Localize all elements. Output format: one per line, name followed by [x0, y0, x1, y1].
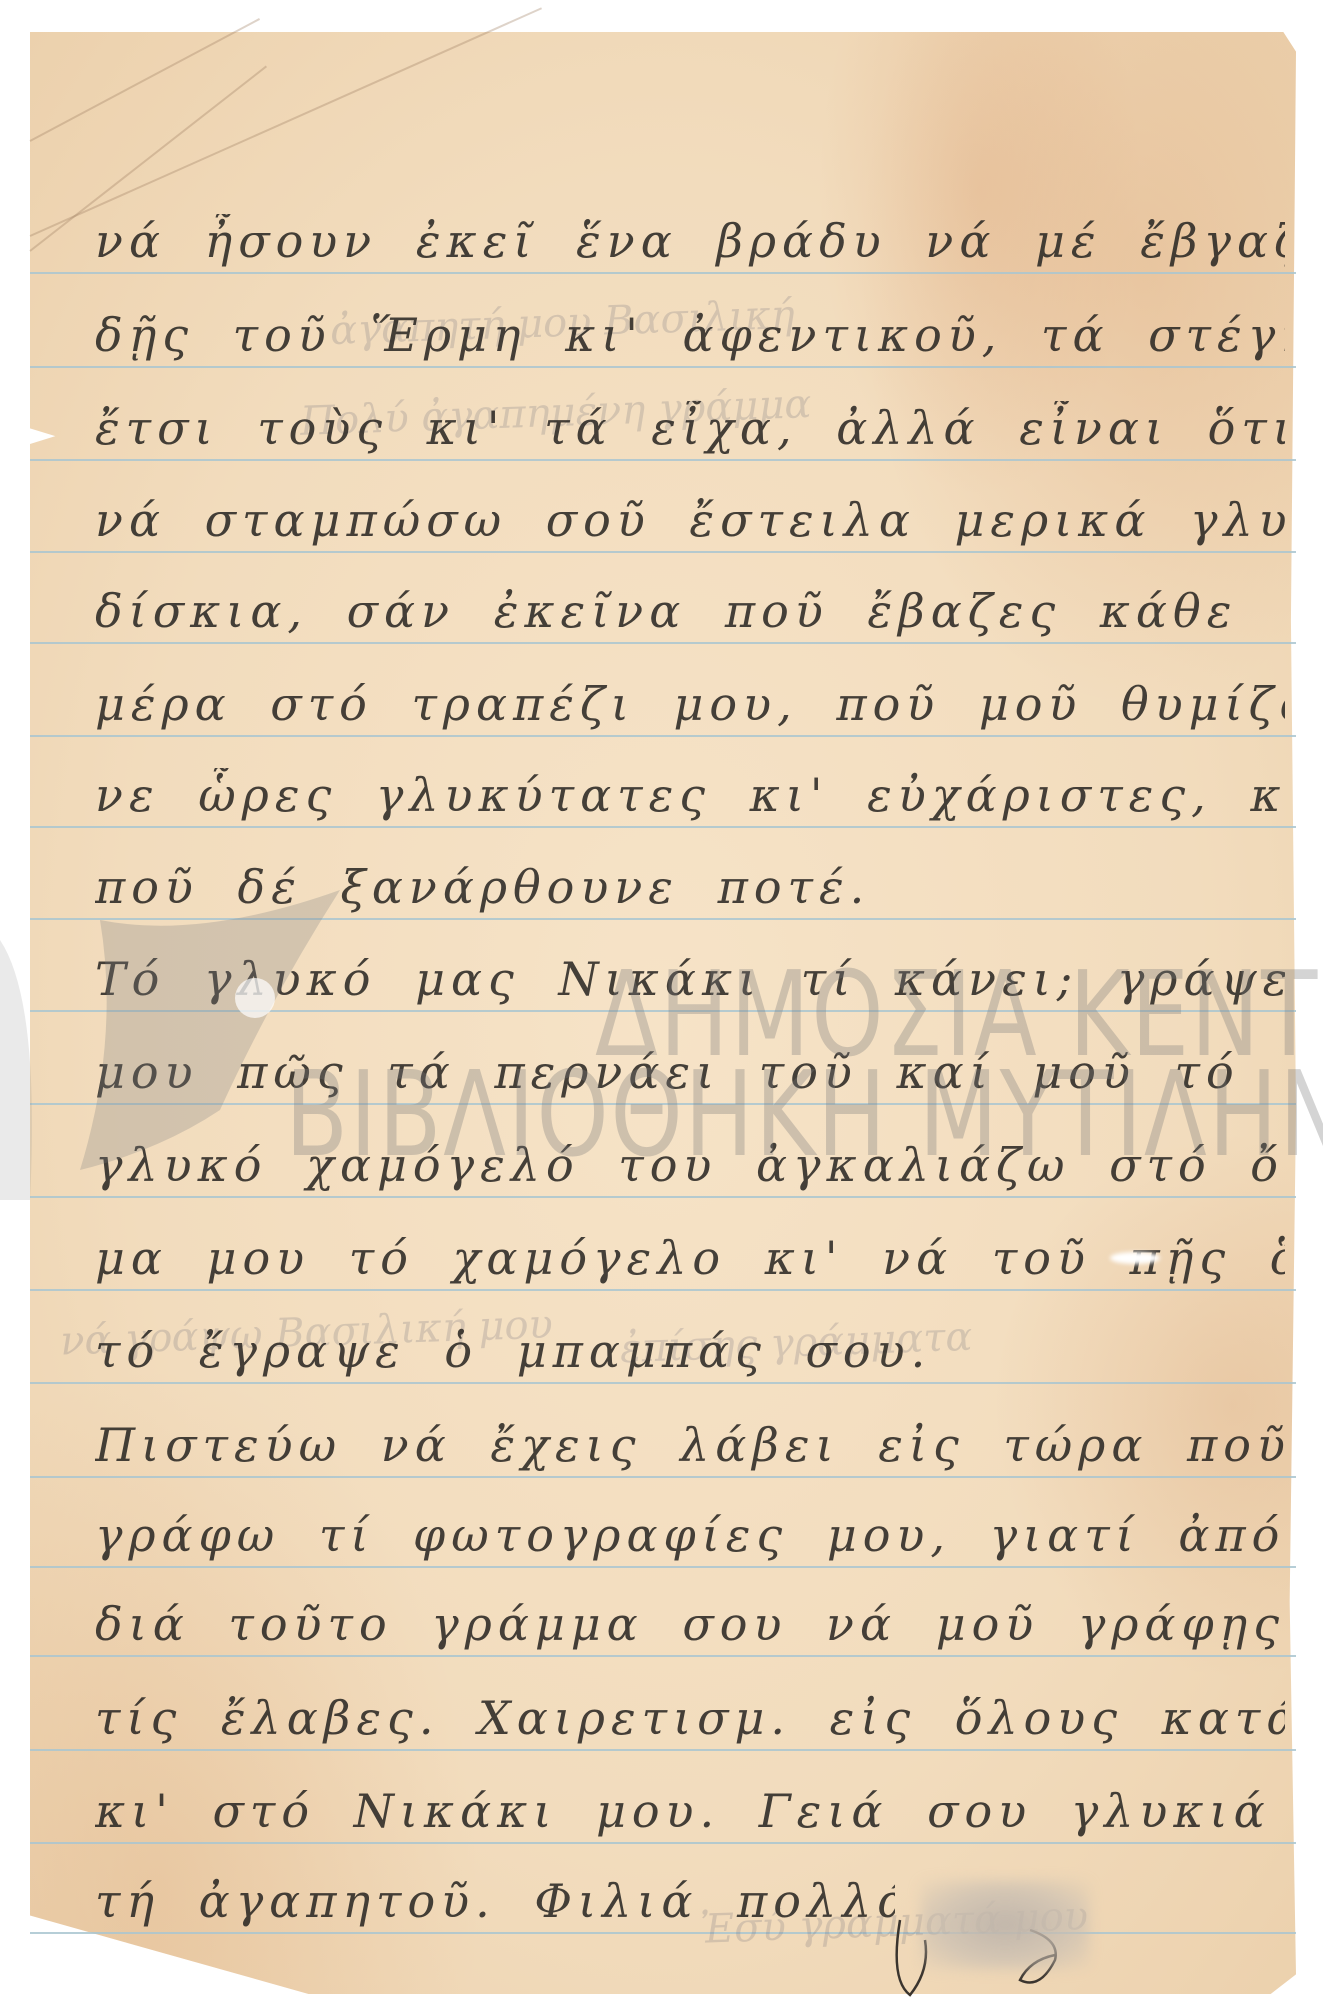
ruled-line [30, 1566, 1296, 1568]
letter-line-18: κι' στό Νικάκι μου. Γειά σου γλυκιά μου … [95, 1784, 1285, 1838]
watermark-line-2: ΒΙΒΛΙΟΘΗΚΗ ΜΥΤΙΛΗΝΗΣ [285, 1045, 1323, 1183]
ruled-line [30, 1749, 1296, 1751]
paper-hole [1110, 1252, 1160, 1264]
ruled-line [30, 1196, 1296, 1198]
ruled-line [30, 1289, 1296, 1291]
ruled-line [30, 1655, 1296, 1657]
ruled-line [30, 642, 1296, 644]
ruled-line [30, 1382, 1296, 1384]
letter-line-16: διά τοῦτο γράμμα σου νά μοῦ γράφῃς ὅτι [95, 1597, 1285, 1651]
letter-line-15: γράφω τί φωτογραφίες μου, γιατί ἀπόψε [95, 1508, 1285, 1562]
ruled-line [30, 1932, 1296, 1934]
letter-line-2: δῇς τοῦ Ἕρμη κι' ἀφεντικοῦ, τά στέγνωσα [95, 308, 1285, 362]
letter-line-12: μα μου τό χαμόγελο κι' νά τοῦ πῇς ὅτι [95, 1231, 1285, 1285]
ruled-line [30, 459, 1296, 461]
letter-line-19: τή ἀγαπητοῦ. Φιλιά πολλά, Ὁ ... [95, 1874, 895, 1928]
ruled-line [30, 735, 1296, 737]
ruled-line [30, 1842, 1296, 1844]
letter-line-13: τό ἔγραψε ὁ μπαμπάς σου. [95, 1324, 1285, 1378]
letter-line-1: νά ἦσουν ἐκεῖ ἕνα βράδυ νά μέ ἔβγαζες, ν… [95, 214, 1285, 268]
ruled-line [30, 272, 1296, 274]
letter-line-4: νά σταμπώσω σοῦ ἔστειλα μερικά γλυκο- [95, 493, 1285, 547]
ruled-line [30, 826, 1296, 828]
letter-line-7: νε ὧρες γλυκύτατες κι' εὐχάριστες, καί χ… [95, 768, 1285, 822]
ruled-line [30, 1476, 1296, 1478]
ruled-line [30, 551, 1296, 553]
ruled-line [30, 366, 1296, 368]
letter-line-14: Πιστεύω νά ἔχεις λάβει εἰς τώρα ποῦ σοῦ [95, 1418, 1285, 1472]
letter-line-17: τίς ἔλαβες. Χαιρετισμ. εἰς ὅλους κατά σε… [95, 1691, 1285, 1745]
letter-line-5: δίσκια, σάν ἐκεῖνα ποῦ ἔβαζες κάθε [95, 584, 1285, 638]
letter-line-3: ἔτσι τοὺς κι' τά εἶχα, ἀλλά εἶναι ὅτι [95, 401, 1285, 455]
library-logo-outer-icon [0, 940, 60, 1200]
letter-line-6: μέρα στό τραπέζι μου, ποῦ μοῦ θυμίζου- [95, 677, 1285, 731]
redacted-signature [920, 1880, 1090, 1970]
